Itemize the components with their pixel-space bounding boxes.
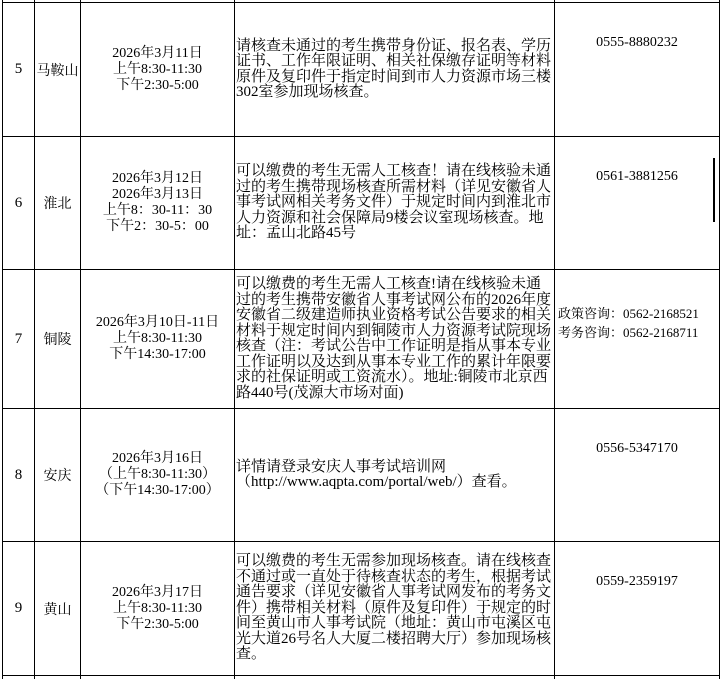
row9-phone-cell: 0559-2359197 — [555, 542, 720, 676]
row7-city-cell: 铜陵 — [35, 270, 81, 409]
row8-description-text: 详情请登录安庆人事考试培训网 （http://www.aqpta.com/por… — [236, 460, 517, 491]
row5-date-cell: 2026年3月11日 上午8:30-11:30 下午2:30-5:00 — [81, 3, 235, 137]
row8-phone-cell: 0556-5347170 — [555, 409, 720, 542]
exam-verification-table-page: 5 马鞍山 2026年3月11日 上午8:30-11:30 下午2:30-5:0… — [0, 0, 723, 679]
row6-description-cell: 可以缴费的考生无需人工核查！请在线核验未通过的考生携带现场核查所需材料（详见安徽… — [235, 137, 555, 270]
row5-city-cell: 马鞍山 — [35, 3, 81, 137]
row8-number-cell: 8 — [3, 409, 35, 542]
row6-phone-cell: 0561-3881256 — [555, 137, 720, 270]
row9-date-cell: 2026年3月17日 上午8:30-11:30 下午2:30-5:00 — [81, 542, 235, 676]
row6-description-text: 可以缴费的考生无需人工核查！请在线核验未通过的考生携带现场核查所需材料（详见安徽… — [236, 164, 553, 242]
row7-date-cell: 2026年3月10日-11日 上午8:30-11:30 下午14:30-17:0… — [81, 270, 235, 409]
row5-description-text: 请核查未通过的考生携带身份证、报名表、学历证书、工作年限证明、相关社保缴存证明等… — [236, 39, 553, 101]
row8-city-cell: 安庆 — [35, 409, 81, 542]
row7-description-cell: 可以缴费的考生无需人工核查!请在线核验未通过的考生携带安徽省人事考试网公布的20… — [235, 270, 555, 409]
vertical-line-artifact — [713, 158, 715, 222]
row6-city-cell: 淮北 — [35, 137, 81, 270]
row8-date-cell: 2026年3月16日 （上午8:30-11:30） （下午14:30-17:00… — [81, 409, 235, 542]
row7-number-cell: 7 — [3, 270, 35, 409]
row5-number-cell: 5 — [3, 3, 35, 137]
verification-schedule-table: 5 马鞍山 2026年3月11日 上午8:30-11:30 下午2:30-5:0… — [2, 0, 720, 679]
row9-description-text: 可以缴费的考生无需参加现场核查。请在线核查不通过或一直处于待核查状态的考生，根据… — [236, 554, 553, 663]
row9-description-cell: 可以缴费的考生无需参加现场核查。请在线核查不通过或一直处于待核查状态的考生，根据… — [235, 542, 555, 676]
row8-description-cell: 详情请登录安庆人事考试培训网 （http://www.aqpta.com/por… — [235, 409, 555, 542]
row7-description-text: 可以缴费的考生无需人工核查!请在线核验未通过的考生携带安徽省人事考试网公布的20… — [236, 277, 553, 401]
row5-phone-cell: 0555-8880232 — [555, 3, 720, 137]
row6-number-cell: 6 — [3, 137, 35, 270]
row5-description-cell: 请核查未通过的考生携带身份证、报名表、学历证书、工作年限证明、相关社保缴存证明等… — [235, 3, 555, 137]
row6-date-cell: 2026年3月12日 2026年3月13日 上午8：30-11：30 下午2：3… — [81, 137, 235, 270]
row9-number-cell: 9 — [3, 542, 35, 676]
row7-phone-cell: 政策咨询：0562-2168521 考务咨询：0562-2168711 — [555, 270, 720, 409]
row9-city-cell: 黄山 — [35, 542, 81, 676]
